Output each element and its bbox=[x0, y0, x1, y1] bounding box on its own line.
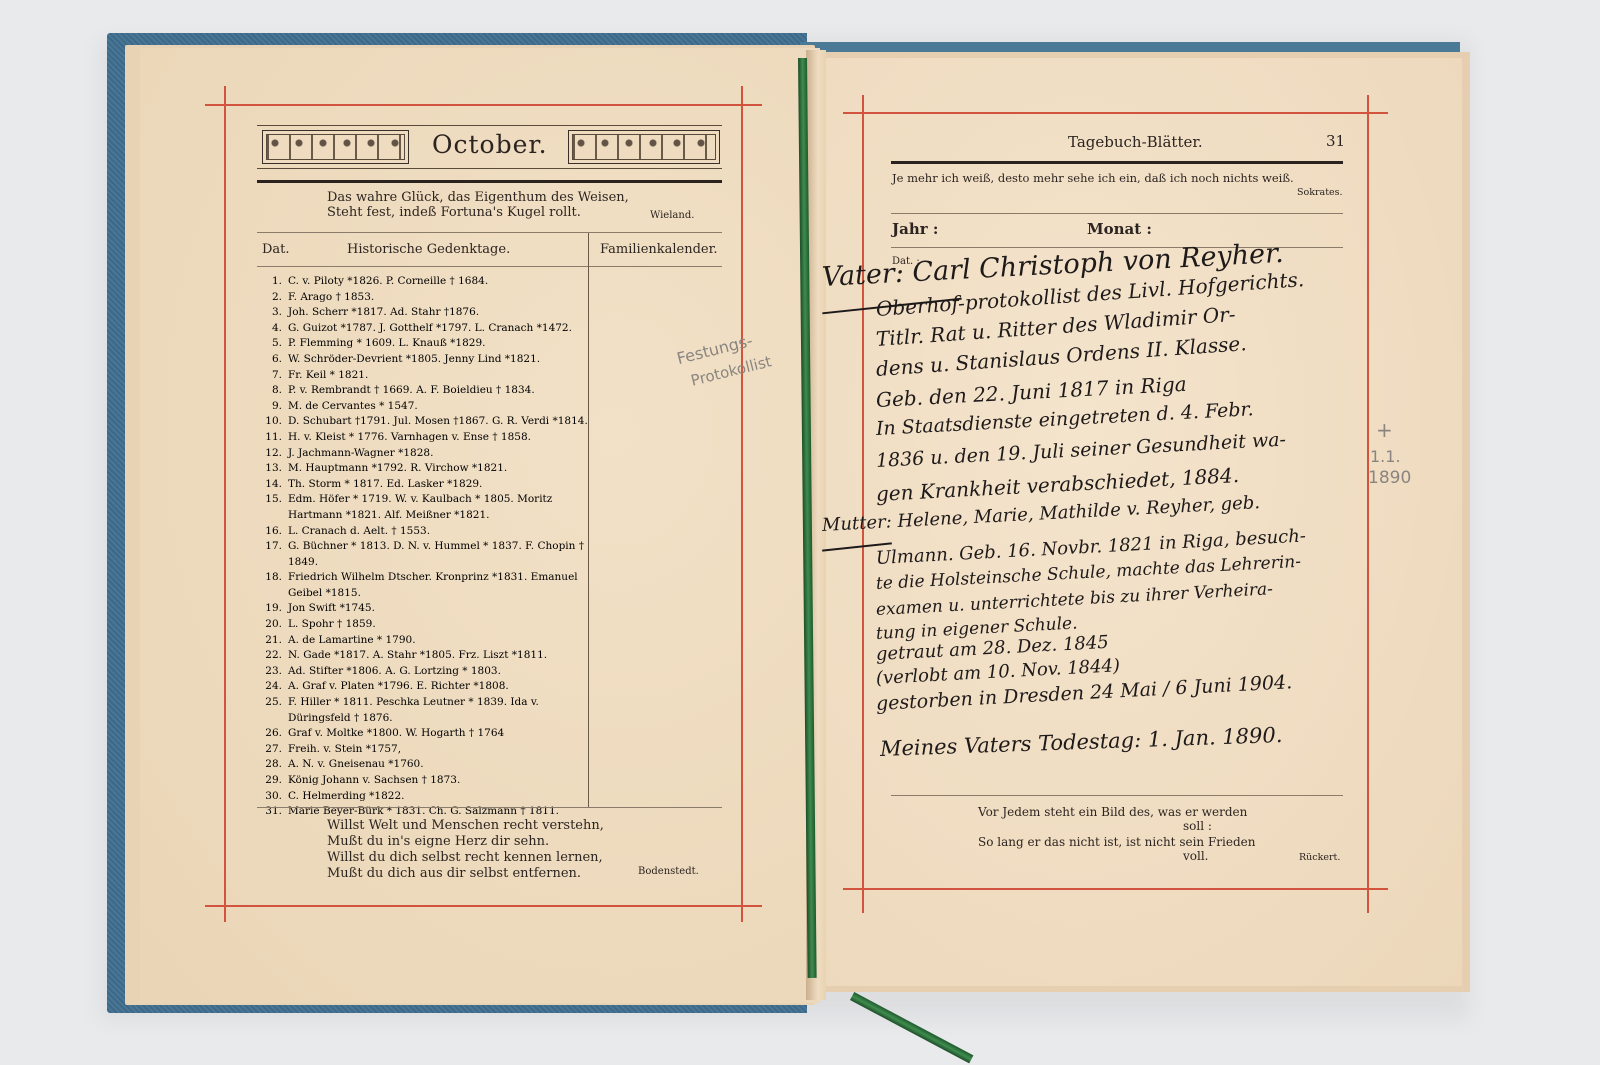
entry-text: Joh. Scherr *1817. Ad. Stahr †1876. bbox=[288, 305, 479, 321]
left-frame-bottom bbox=[205, 905, 762, 907]
entry-day-number: 2. bbox=[262, 290, 282, 306]
entry-day-number: 12. bbox=[262, 446, 282, 462]
historic-entry-row: 6.W. Schröder-Devrient *1805. Jenny Lind… bbox=[262, 352, 592, 368]
entry-day-number: 23. bbox=[262, 664, 282, 680]
entry-day-number: 21. bbox=[262, 633, 282, 649]
entry-text: G. Guizot *1787. J. Gotthelf *1797. L. C… bbox=[288, 321, 572, 337]
historic-entry-row: 16.L. Cranach d. Aelt. † 1553. bbox=[262, 524, 592, 540]
historic-entry-row: 7.Fr. Keil * 1821. bbox=[262, 368, 592, 384]
entry-day-number: 4. bbox=[262, 321, 282, 337]
entry-text: G. Büchner * 1813. D. N. v. Hummel * 183… bbox=[288, 539, 592, 570]
entry-day-number: 22. bbox=[262, 648, 282, 664]
entry-day-number: 28. bbox=[262, 757, 282, 773]
entry-text: H. v. Kleist * 1776. Varnhagen v. Ense †… bbox=[288, 430, 531, 446]
left-verse-line-3: Willst du dich selbst recht kennen lerne… bbox=[327, 850, 603, 866]
entry-day-number: 19. bbox=[262, 601, 282, 617]
historic-entry-row: 12.J. Jachmann-Wagner *1828. bbox=[262, 446, 592, 462]
entry-day-number: 14. bbox=[262, 477, 282, 493]
entry-text: J. Jachmann-Wagner *1828. bbox=[288, 446, 433, 462]
entry-text: M. Hauptmann *1792. R. Virchow *1821. bbox=[288, 461, 507, 477]
entry-day-number: 3. bbox=[262, 305, 282, 321]
entry-text: Freih. v. Stein *1757, bbox=[288, 742, 401, 758]
left-verse-author: Bodenstedt. bbox=[638, 866, 699, 877]
historic-entry-row: 21.A. de Lamartine * 1790. bbox=[262, 633, 592, 649]
column-header-family: Familienkalender. bbox=[600, 242, 718, 257]
historic-entry-row: 22.N. Gade *1817. A. Stahr *1805. Frz. L… bbox=[262, 648, 592, 664]
entry-day-number: 20. bbox=[262, 617, 282, 633]
ornament-right bbox=[568, 130, 720, 164]
right-frame-left bbox=[862, 95, 864, 913]
entry-day-number: 15. bbox=[262, 492, 282, 523]
historic-entry-row: 9.M. de Cervantes * 1547. bbox=[262, 399, 592, 415]
month-rule bbox=[257, 180, 722, 183]
entry-text: A. de Lamartine * 1790. bbox=[288, 633, 416, 649]
historic-entry-row: 30.C. Helmerding *1822. bbox=[262, 789, 592, 805]
entry-text: Graf v. Moltke *1800. W. Hogarth † 1764 bbox=[288, 726, 504, 742]
historic-entry-row: 2.F. Arago † 1853. bbox=[262, 290, 592, 306]
historic-entry-row: 26.Graf v. Moltke *1800. W. Hogarth † 17… bbox=[262, 726, 592, 742]
column-header-date: Dat. bbox=[262, 242, 290, 257]
historic-entry-row: 4.G. Guizot *1787. J. Gotthelf *1797. L.… bbox=[262, 321, 592, 337]
left-verse-line-1: Willst Welt und Menschen recht verstehn, bbox=[327, 818, 604, 834]
historic-entry-row: 5.P. Flemming * 1609. L. Knauß *1829. bbox=[262, 336, 592, 352]
title-rule bbox=[891, 161, 1343, 164]
historic-entry-row: 13.M. Hauptmann *1792. R. Virchow *1821. bbox=[262, 461, 592, 477]
entry-text: A. Graf v. Platen *1796. E. Richter *180… bbox=[288, 679, 509, 695]
entry-text: Edm. Höfer * 1719. W. v. Kaulbach * 1805… bbox=[288, 492, 592, 523]
diary-title: Tagebuch-Blätter. bbox=[1068, 133, 1203, 151]
historic-entry-row: 24.A. Graf v. Platen *1796. E. Richter *… bbox=[262, 679, 592, 695]
entry-text: F. Hiller * 1811. Peschka Leutner * 1839… bbox=[288, 695, 592, 726]
entry-day-number: 5. bbox=[262, 336, 282, 352]
entry-text: C. Helmerding *1822. bbox=[288, 789, 404, 805]
entry-day-number: 9. bbox=[262, 399, 282, 415]
motto-rule bbox=[891, 213, 1343, 214]
entry-day-number: 26. bbox=[262, 726, 282, 742]
left-frame-right bbox=[741, 86, 743, 922]
entry-day-number: 30. bbox=[262, 789, 282, 805]
historic-entry-row: 8.P. v. Rembrandt † 1669. A. F. Boieldie… bbox=[262, 383, 592, 399]
historic-entry-row: 19.Jon Swift *1745. bbox=[262, 601, 592, 617]
entry-text: L. Spohr † 1859. bbox=[288, 617, 376, 633]
year-field-label: Jahr : bbox=[892, 220, 938, 238]
historic-entry-row: 23.Ad. Stifter *1806. A. G. Lortzing * 1… bbox=[262, 664, 592, 680]
month-field-label: Monat : bbox=[1087, 220, 1152, 238]
entry-text: L. Cranach d. Aelt. † 1553. bbox=[288, 524, 430, 540]
entry-text: D. Schubart †1791. Jul. Mosen †1867. G. … bbox=[288, 414, 588, 430]
left-verse-line-2: Mußt du in's eigne Herz dir sehn. bbox=[327, 834, 549, 850]
right-verse-author: Rückert. bbox=[1299, 852, 1340, 863]
historic-entry-row: 29.König Johann v. Sachsen † 1873. bbox=[262, 773, 592, 789]
right-motto: Je mehr ich weiß, desto mehr sehe ich ei… bbox=[892, 171, 1294, 185]
entry-text: W. Schröder-Devrient *1805. Jenny Lind *… bbox=[288, 352, 540, 368]
entry-text: P. Flemming * 1609. L. Knauß *1829. bbox=[288, 336, 486, 352]
entry-day-number: 17. bbox=[262, 539, 282, 570]
historic-entry-row: 3.Joh. Scherr *1817. Ad. Stahr †1876. bbox=[262, 305, 592, 321]
column-header-history: Historische Gedenktage. bbox=[347, 242, 510, 257]
left-motto-author: Wieland. bbox=[650, 210, 694, 221]
right-frame-right bbox=[1367, 95, 1369, 913]
entry-text: Friedrich Wilhelm Dtscher. Kronprinz *18… bbox=[288, 570, 592, 601]
entry-day-number: 7. bbox=[262, 368, 282, 384]
historic-entry-row: 15.Edm. Höfer * 1719. W. v. Kaulbach * 1… bbox=[262, 492, 592, 523]
historic-entry-row: 14.Th. Storm * 1817. Ed. Lasker *1829. bbox=[262, 477, 592, 493]
entry-text: Ad. Stifter *1806. A. G. Lortzing * 1803… bbox=[288, 664, 501, 680]
historic-entry-row: 17.G. Büchner * 1813. D. N. v. Hummel * … bbox=[262, 539, 592, 570]
ornament-left bbox=[262, 130, 409, 164]
columns-bottom-rule bbox=[257, 266, 722, 267]
entry-text: F. Arago † 1853. bbox=[288, 290, 374, 306]
header-bottom-rule bbox=[257, 168, 722, 169]
entry-day-number: 16. bbox=[262, 524, 282, 540]
left-frame-left bbox=[224, 86, 226, 922]
pencil-note-right-2: 1.1. bbox=[1370, 447, 1401, 466]
right-verse-line-2: soll : bbox=[1183, 818, 1212, 834]
left-verse-line-4: Mußt du dich aus dir selbst entfernen. bbox=[327, 866, 581, 882]
month-title: October. bbox=[432, 130, 548, 159]
entry-day-number: 29. bbox=[262, 773, 282, 789]
historic-entry-row: 11.H. v. Kleist * 1776. Varnhagen v. Ens… bbox=[262, 430, 592, 446]
columns-top-rule bbox=[257, 232, 722, 233]
historic-entry-row: 20.L. Spohr † 1859. bbox=[262, 617, 592, 633]
page-number: 31 bbox=[1326, 132, 1345, 150]
entry-day-number: 8. bbox=[262, 383, 282, 399]
entry-day-number: 6. bbox=[262, 352, 282, 368]
entry-day-number: 24. bbox=[262, 679, 282, 695]
entry-day-number: 27. bbox=[262, 742, 282, 758]
right-verse-line-4: voll. bbox=[1183, 848, 1209, 864]
entry-day-number: 25. bbox=[262, 695, 282, 726]
pencil-note-right-3: 1890 bbox=[1368, 468, 1411, 488]
historic-entry-row: 25.F. Hiller * 1811. Peschka Leutner * 1… bbox=[262, 695, 592, 726]
historic-entry-row: 27.Freih. v. Stein *1757, bbox=[262, 742, 592, 758]
entry-day-number: 11. bbox=[262, 430, 282, 446]
pencil-note-right-1: + bbox=[1376, 418, 1393, 442]
entry-text: Fr. Keil * 1821. bbox=[288, 368, 368, 384]
entries-bottom-rule bbox=[257, 807, 722, 808]
header-top-rule bbox=[257, 125, 722, 126]
entry-text: König Johann v. Sachsen † 1873. bbox=[288, 773, 460, 789]
entry-text: A. N. v. Gneisenau *1760. bbox=[288, 757, 424, 773]
historic-entry-row: 18.Friedrich Wilhelm Dtscher. Kronprinz … bbox=[262, 570, 592, 601]
right-frame-bottom bbox=[843, 888, 1388, 890]
left-motto-line-1: Das wahre Glück, das Eigenthum des Weise… bbox=[327, 190, 629, 206]
historic-entries: 1.C. v. Piloty *1826. P. Corneille † 168… bbox=[262, 274, 592, 820]
entry-day-number: 1. bbox=[262, 274, 282, 290]
entry-text: C. v. Piloty *1826. P. Corneille † 1684. bbox=[288, 274, 488, 290]
historic-entry-row: 10.D. Schubart †1791. Jul. Mosen †1867. … bbox=[262, 414, 592, 430]
entry-day-number: 18. bbox=[262, 570, 282, 601]
right-frame-top bbox=[843, 112, 1388, 114]
entry-text: M. de Cervantes * 1547. bbox=[288, 399, 418, 415]
right-verse-line-3: So lang er das nicht ist, ist nicht sein… bbox=[978, 834, 1255, 850]
entry-text: N. Gade *1817. A. Stahr *1805. Frz. Lisz… bbox=[288, 648, 547, 664]
left-frame-top bbox=[205, 104, 762, 106]
right-motto-author: Sokrates. bbox=[1297, 187, 1343, 198]
entry-day-number: 13. bbox=[262, 461, 282, 477]
historic-entry-row: 28.A. N. v. Gneisenau *1760. bbox=[262, 757, 592, 773]
historic-entry-row: 1.C. v. Piloty *1826. P. Corneille † 168… bbox=[262, 274, 592, 290]
entry-text: P. v. Rembrandt † 1669. A. F. Boieldieu … bbox=[288, 383, 535, 399]
entry-text: Th. Storm * 1817. Ed. Lasker *1829. bbox=[288, 477, 482, 493]
right-bottom-rule bbox=[891, 795, 1343, 796]
left-motto-line-2: Steht fest, indeß Fortuna's Kugel rollt. bbox=[327, 205, 581, 221]
entry-day-number: 10. bbox=[262, 414, 282, 430]
entry-text: Jon Swift *1745. bbox=[288, 601, 375, 617]
